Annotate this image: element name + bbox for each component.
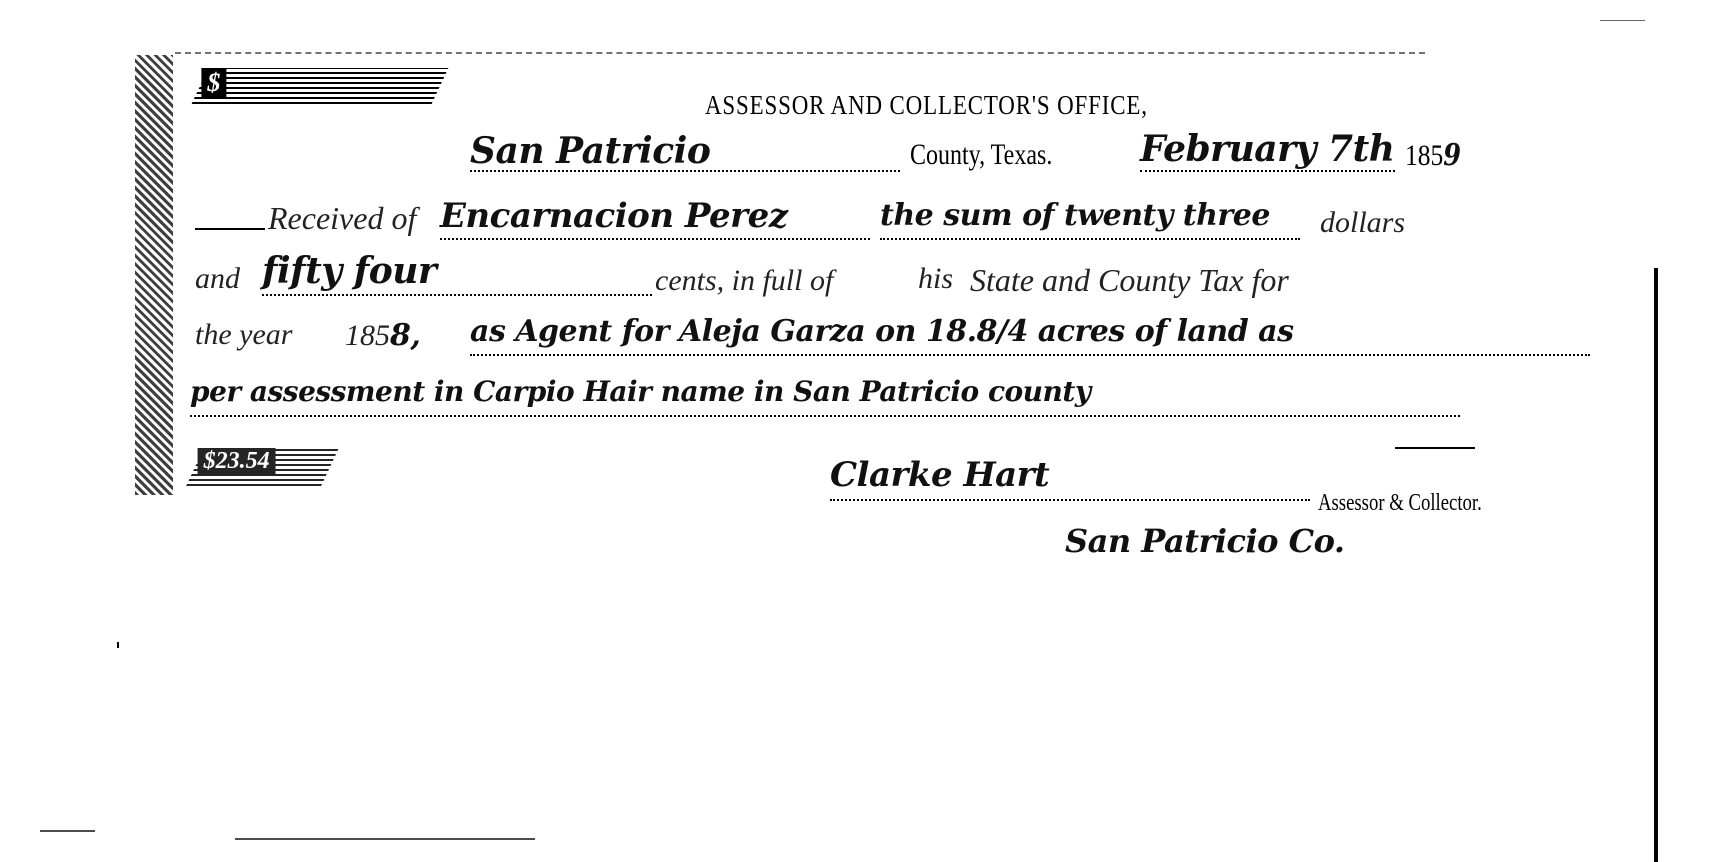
signature-county: San Patricio Co. <box>1065 522 1345 560</box>
year-label: the year <box>195 318 292 352</box>
ornamental-left-border <box>135 55 173 495</box>
his-handwritten: his <box>918 262 953 296</box>
scan-artifact-rule <box>235 838 535 840</box>
line4-end-rule <box>1395 447 1475 449</box>
and-label: and <box>195 262 240 296</box>
dollars-label: dollars <box>1320 206 1405 240</box>
year-value: 1858, <box>345 318 420 353</box>
cents-label: cents, in full of <box>655 264 833 298</box>
received-lead-rule <box>195 228 265 230</box>
date-handwritten: February 7th <box>1140 128 1395 172</box>
office-title: ASSESSOR AND COLLECTOR'S OFFICE, <box>705 90 1148 121</box>
vignette-symbol: $ <box>201 68 226 98</box>
scan-artifact-speck <box>117 642 119 648</box>
county-label: County, Texas. <box>910 138 1052 172</box>
received-label: Received of <box>268 200 416 237</box>
top-border-rule <box>175 52 1425 54</box>
year-printed: 1859 <box>1405 138 1461 173</box>
county-handwritten: San Patricio <box>470 130 900 172</box>
sum-handwritten: the sum of twenty three <box>880 198 1300 240</box>
scan-artifact-rule <box>1600 20 1645 21</box>
scan-edge-bar <box>1654 268 1658 862</box>
amount-vignette: $23.54 <box>186 448 339 486</box>
year-value-prefix: 185 <box>345 319 390 352</box>
cents-handwritten: fifty four <box>262 250 652 296</box>
year-printed-prefix: 185 <box>1405 139 1443 172</box>
line3-handwritten: as Agent for Aleja Garza on 18.8/4 acres… <box>470 314 1590 356</box>
payer-handwritten: Encarnacion Perez <box>440 196 870 240</box>
line4-handwritten: per assessment in Carpio Hair name in Sa… <box>190 375 1460 417</box>
year-value-handwritten-digit: 8, <box>390 318 420 353</box>
amount-value: $23.54 <box>198 448 276 475</box>
signature-role-label: Assessor & Collector. <box>1318 490 1482 517</box>
top-left-vignette: $ <box>192 68 449 104</box>
signature-name: Clarke Hart <box>830 455 1310 501</box>
scan-artifact-rule <box>40 830 95 832</box>
tax-label: State and County Tax for <box>970 262 1289 299</box>
year-handwritten-digit: 9 <box>1443 138 1460 173</box>
